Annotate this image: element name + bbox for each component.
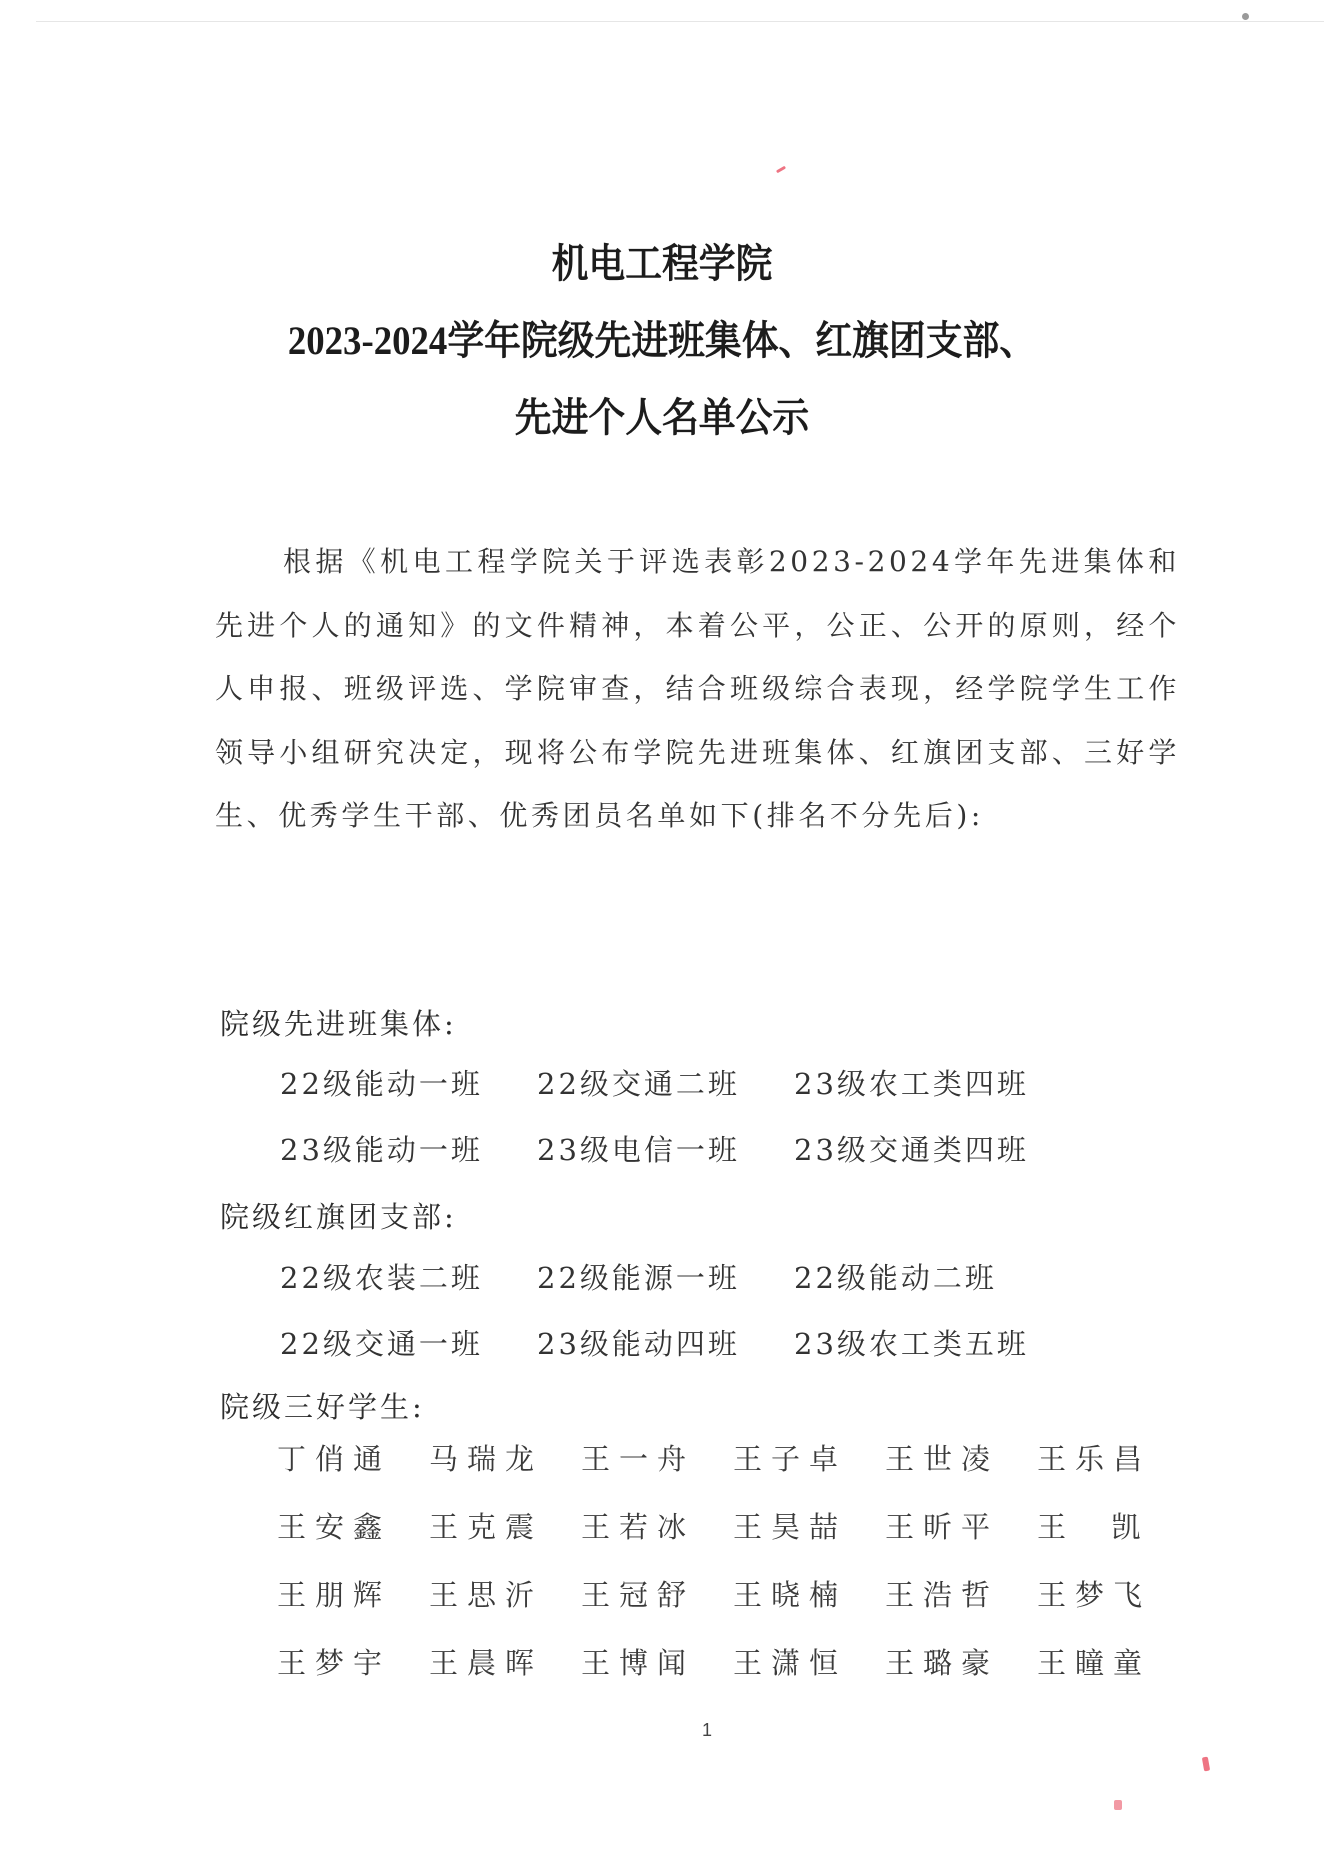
branch-item: 22级能动二班 [794,1256,1054,1297]
student-name: 王潇恒 [733,1641,885,1682]
student-name: 王晓楠 [733,1573,885,1614]
student-name: 王子卓 [733,1437,885,1478]
student-name: 王若冰 [581,1505,733,1546]
branch-item: 23级农工类五班 [794,1322,1054,1363]
student-name: 王思沂 [429,1573,581,1614]
student-name: 王梦宇 [277,1641,429,1682]
class-item: 23级能动一班 [280,1128,537,1169]
branch-item: 22级交通一班 [280,1322,537,1363]
page-number: 1 [702,1720,712,1741]
intro-paragraph-block: 根据《机电工程学院关于评选表彰2023-2024学年先进集体和先进个人的通知》的… [215,530,1180,848]
branch-item: 22级能源一班 [537,1256,794,1297]
student-name: 王克震 [429,1505,581,1546]
student-name: 王安鑫 [277,1505,429,1546]
document-title: 机电工程学院 2023-2024学年院级先进班集体、红旗团支部、 先进个人名单公… [0,225,1324,456]
red-flag-branches-heading: 院级红旗团支部: [220,1195,457,1236]
student-name: 王昕平 [885,1505,1037,1546]
three-good-students-list: 丁俏通 马瑞龙 王一舟 王子卓 王世凌 王乐昌 王安鑫 王克震 王若冰 王昊喆 … [277,1437,1189,1682]
student-name: 王 凯 [1037,1505,1189,1546]
student-name: 王一舟 [581,1437,733,1478]
class-item: 22级能动一班 [280,1062,537,1103]
class-item: 22级交通二班 [537,1062,794,1103]
class-item: 23级交通类四班 [794,1128,1054,1169]
student-name: 丁俏通 [277,1437,429,1478]
student-name: 王冠舒 [581,1573,733,1614]
title-line-college: 机电工程学院 [53,225,1271,302]
student-name: 王乐昌 [1037,1437,1189,1478]
red-flag-branches-list: 22级农装二班 22级能源一班 22级能动二班 22级交通一班 23级能动四班 … [280,1256,1054,1363]
title-line-sub: 先进个人名单公示 [53,379,1271,456]
class-item: 23级电信一班 [537,1128,794,1169]
intro-paragraph: 根据《机电工程学院关于评选表彰2023-2024学年先进集体和先进个人的通知》的… [215,530,1180,848]
student-name: 王昊喆 [733,1505,885,1546]
three-good-students-heading: 院级三好学生: [220,1385,425,1426]
student-name: 王朋辉 [277,1573,429,1614]
student-name: 王世凌 [885,1437,1037,1478]
branch-item: 22级农装二班 [280,1256,537,1297]
red-ink-mark [1114,1800,1122,1810]
red-ink-mark [1202,1757,1210,1772]
class-item: 23级农工类四班 [794,1062,1054,1103]
student-name: 马瑞龙 [429,1437,581,1478]
student-name: 王瞳童 [1037,1641,1189,1682]
student-name: 王浩哲 [885,1573,1037,1614]
scan-edge-line [36,21,1324,22]
advanced-classes-list: 22级能动一班 22级交通二班 23级农工类四班 23级能动一班 23级电信一班… [280,1062,1054,1169]
student-name: 王博闻 [581,1641,733,1682]
title-line-main: 2023-2024学年院级先进班集体、红旗团支部、 [53,302,1271,379]
student-name: 王晨晖 [429,1641,581,1682]
scan-artifact-dot [1242,13,1249,20]
red-ink-mark [776,166,786,174]
student-name: 王梦飞 [1037,1573,1189,1614]
advanced-classes-heading: 院级先进班集体: [220,1002,457,1043]
branch-item: 23级能动四班 [537,1322,794,1363]
student-name: 王璐豪 [885,1641,1037,1682]
